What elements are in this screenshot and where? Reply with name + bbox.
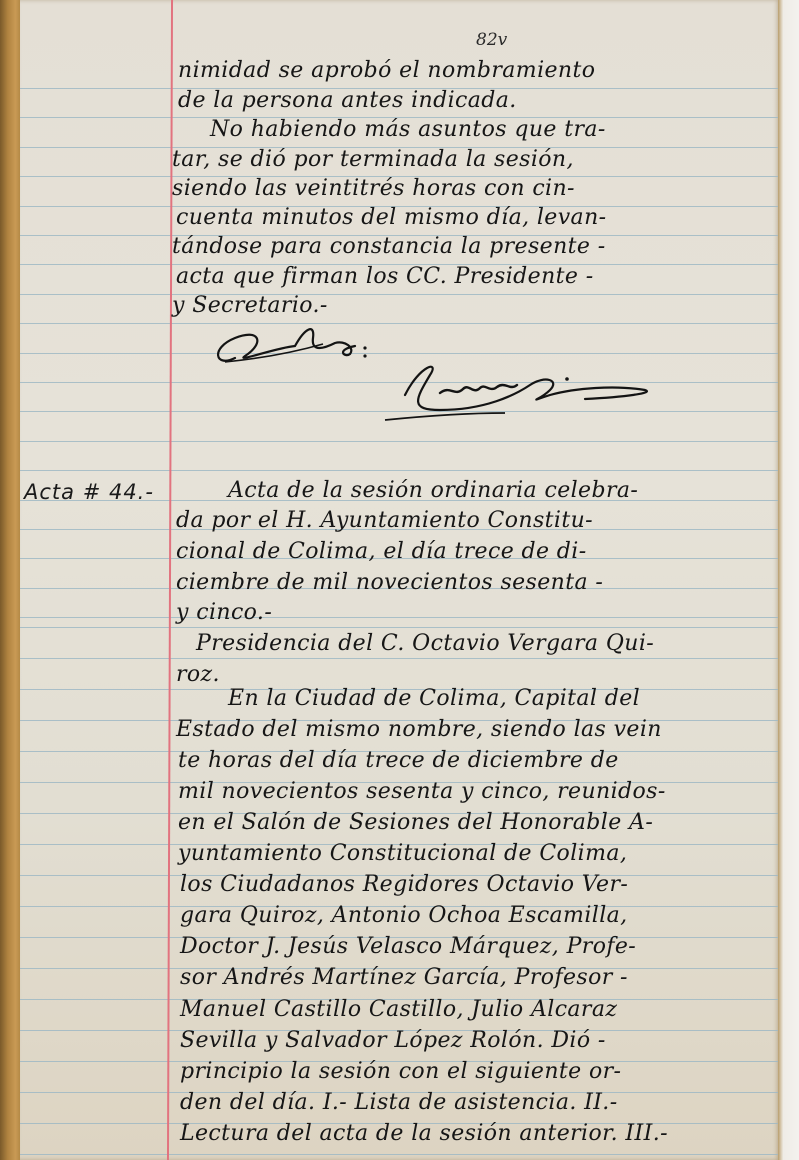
text-line: No habiendo más asuntos que tra-	[210, 117, 606, 142]
text-line: Manuel Castillo Castillo, Julio Alcaraz	[180, 997, 617, 1022]
text-line: siendo las veintitrés horas con cin-	[172, 176, 575, 201]
text-line: mil novecientos sesenta y cinco, reunido…	[178, 779, 666, 804]
ruled-line	[20, 1154, 778, 1155]
text-line: Doctor J. Jesús Velasco Márquez, Profe-	[180, 934, 636, 959]
text-line: gara Quiroz, Antonio Ochoa Escamilla,	[180, 903, 628, 928]
text-line: Lectura del acta de la sesión anterior. …	[180, 1121, 668, 1146]
text-line: En la Ciudad de Colima, Capital del	[228, 686, 640, 711]
ruled-line	[20, 617, 778, 618]
ruled-line	[20, 470, 778, 471]
signature-secretary	[345, 355, 665, 425]
text-line: Sevilla y Salvador López Rolón. Dió -	[180, 1028, 606, 1053]
text-line: cuenta minutos del mismo día, levan-	[176, 205, 606, 230]
text-line: ciembre de mil novecientos sesenta -	[176, 570, 603, 595]
text-line: tar, se dió por terminada la sesión,	[172, 147, 574, 172]
acta-number-label: Acta # 44.-	[24, 480, 154, 504]
ruled-line	[20, 294, 778, 295]
ruled-line	[20, 441, 778, 442]
text-line: den del día. I.- Lista de asistencia. II…	[180, 1090, 618, 1115]
text-line: cional de Colima, el día trece de di-	[176, 539, 587, 564]
text-line: sor Andrés Martínez García, Profesor -	[180, 965, 628, 990]
text-line: y Secretario.-	[172, 293, 328, 318]
text-line: yuntamiento Constitucional de Colima,	[178, 841, 627, 866]
text-line: Presidencia del C. Octavio Vergara Qui-	[196, 631, 654, 656]
text-line: en el Salón de Sesiones del Honorable A-	[178, 810, 653, 835]
text-line: Acta de la sesión ordinaria celebra-	[228, 478, 638, 503]
ruled-line	[20, 627, 778, 628]
ruled-line	[20, 658, 778, 659]
text-line: te horas del día trece de diciembre de	[178, 748, 619, 773]
text-line: acta que firman los CC. Presidente -	[176, 264, 594, 289]
text-line: de la persona antes indicada.	[178, 88, 517, 113]
text-line: Estado del mismo nombre, siendo las vein	[176, 717, 662, 742]
text-line: nimidad se aprobó el nombramiento	[178, 58, 595, 83]
text-line: y cinco.-	[176, 600, 272, 625]
page-number: 82v	[476, 30, 507, 50]
text-line: principio la sesión con el siguiente or-	[180, 1059, 621, 1084]
text-line: los Ciudadanos Regidores Octavio Ver-	[180, 872, 628, 897]
text-line: tándose para constancia la presente -	[172, 234, 606, 259]
adjacent-page-edge	[778, 0, 799, 1160]
text-line: roz.	[176, 662, 220, 687]
text-line: da por el H. Ayuntamiento Constitu-	[176, 508, 593, 533]
